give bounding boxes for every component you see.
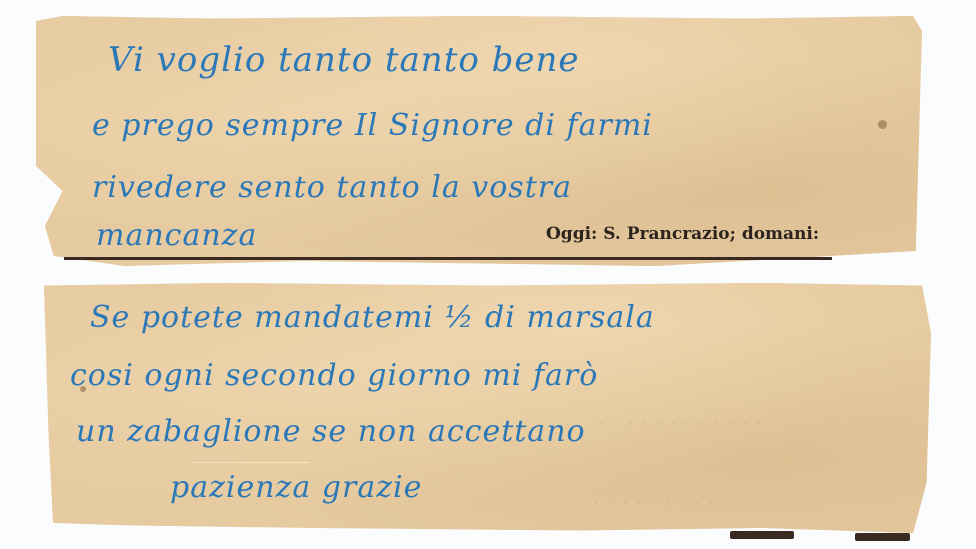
stain: [878, 120, 887, 129]
paper-crease: [190, 462, 310, 463]
torn-edge-mark: [730, 531, 794, 539]
torn-edge-mark: [855, 533, 910, 541]
handwritten-line: e prego sempre Il Signore di farmi: [92, 108, 653, 143]
handwritten-line: cosi ogni secondo giorno mi farò: [70, 358, 598, 393]
printed-rule: [64, 257, 832, 260]
handwritten-line: mancanza: [96, 218, 257, 253]
bleed-through-marks: ' ' ' ' ' ' ' ' ' ': [580, 500, 716, 516]
printed-calendar-text: Oggi: S. Prancrazio; domani:: [546, 224, 819, 244]
handwritten-line: un zabaglione se non accettano: [76, 414, 586, 449]
handwritten-line: pazienza grazie: [170, 470, 422, 505]
stain: [80, 386, 86, 392]
handwritten-line: rivedere sento tanto la vostra: [92, 170, 572, 205]
handwritten-line: Vi voglio tanto tanto bene: [108, 40, 580, 80]
bleed-through-marks: ' ' ' ' ' ' ' ' ' ' ' ': [600, 420, 764, 436]
handwritten-line: Se potete mandatemi ½ di marsala: [90, 300, 655, 335]
